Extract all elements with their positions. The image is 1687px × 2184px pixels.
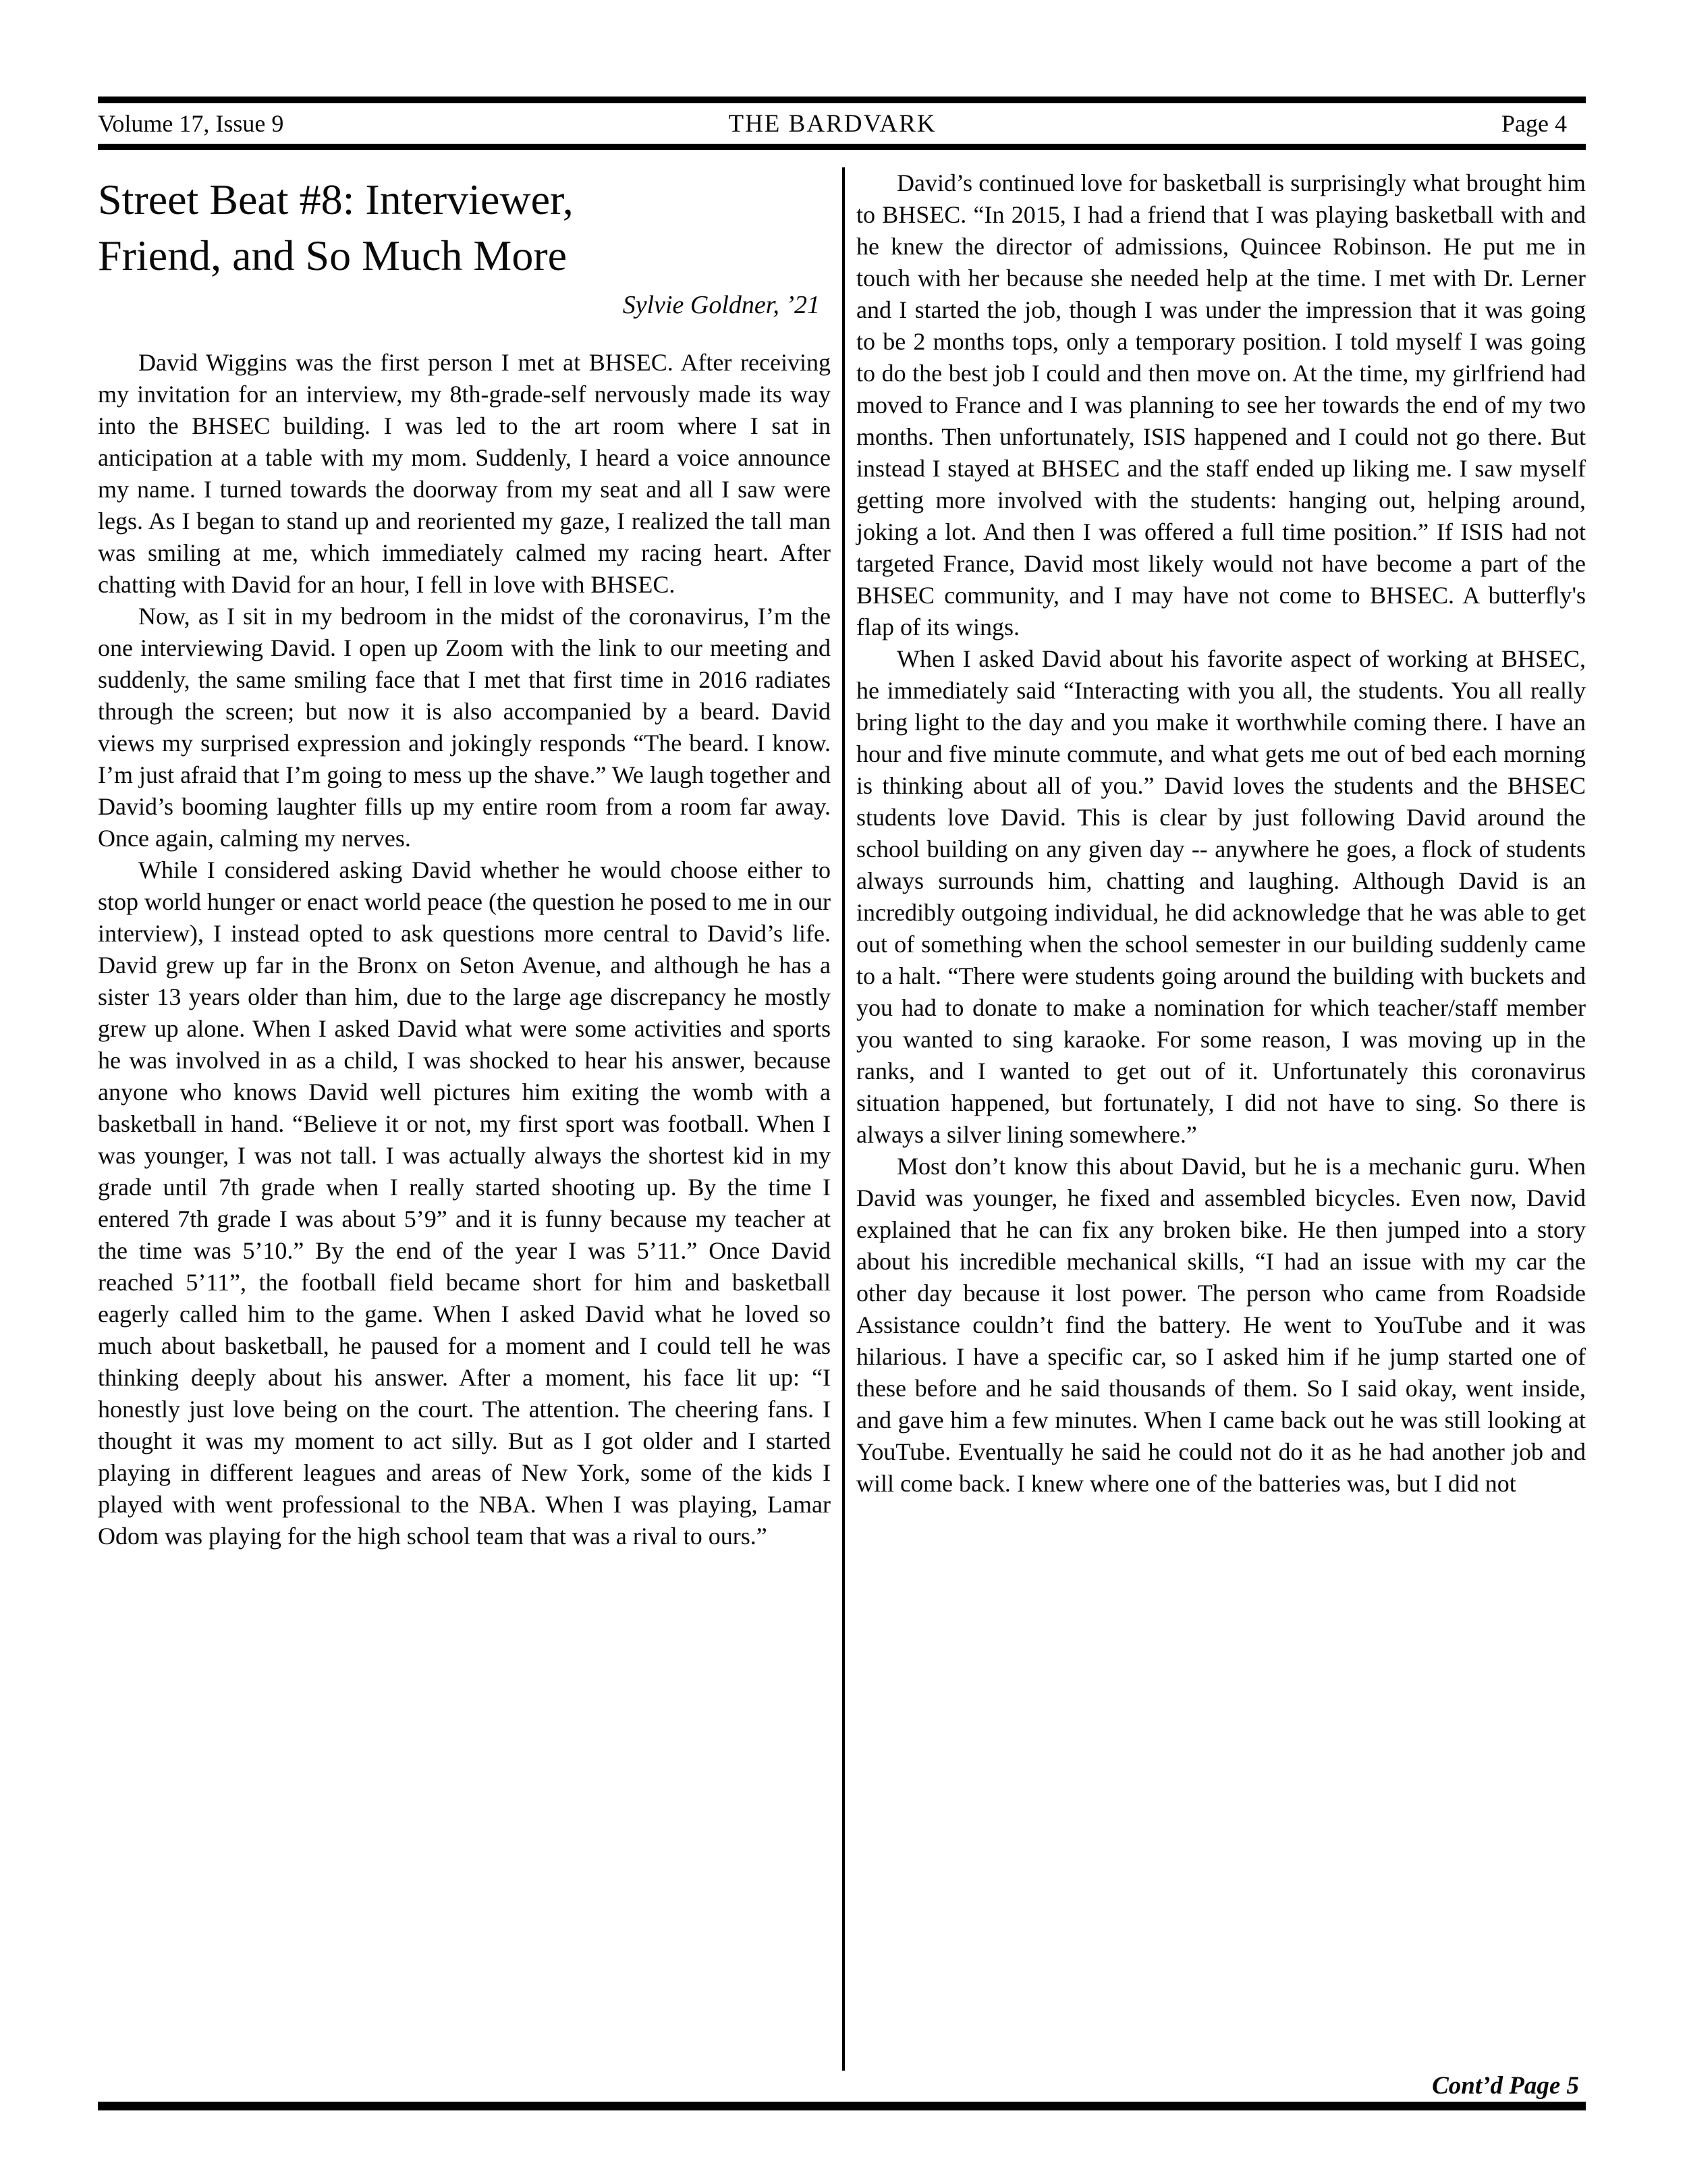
- footer-rule: [98, 2102, 1586, 2110]
- masthead-title: THE BARDVARK: [588, 109, 1078, 138]
- volume-issue-label: Volume 17, Issue 9: [98, 109, 588, 138]
- page-header: Volume 17, Issue 9 THE BARDVARK Page 4: [98, 103, 1586, 144]
- column-divider-line: [842, 167, 845, 2071]
- right-column: David’s continued love for basketball is…: [856, 167, 1586, 2071]
- byline: Sylvie Goldner, ’21: [98, 290, 831, 320]
- page-number-label: Page 4: [1077, 109, 1586, 138]
- article-title-line1: Street Beat #8: Interviewer,: [98, 171, 831, 227]
- article-paragraph: David Wiggins was the first person I met…: [98, 347, 831, 601]
- article-paragraph: Most don’t know this about David, but he…: [856, 1151, 1586, 1500]
- newspaper-page: Volume 17, Issue 9 THE BARDVARK Page 4 S…: [0, 0, 1687, 2184]
- header-bottom-rule: [98, 144, 1586, 150]
- header-top-rule: [98, 97, 1586, 103]
- article-body: Street Beat #8: Interviewer, Friend, and…: [98, 167, 1586, 2071]
- left-column: Street Beat #8: Interviewer, Friend, and…: [98, 167, 831, 2071]
- article-paragraph: While I considered asking David whether …: [98, 854, 831, 1552]
- continuation-note: Cont’d Page 5: [98, 2071, 1586, 2102]
- article-paragraph: Now, as I sit in my bedroom in the midst…: [98, 601, 831, 854]
- article-paragraph: David’s continued love for basketball is…: [856, 167, 1586, 643]
- article-title-line2: Friend, and So Much More: [98, 227, 831, 283]
- article-paragraph: When I asked David about his favorite as…: [856, 643, 1586, 1151]
- article-title: Street Beat #8: Interviewer, Friend, and…: [98, 171, 831, 283]
